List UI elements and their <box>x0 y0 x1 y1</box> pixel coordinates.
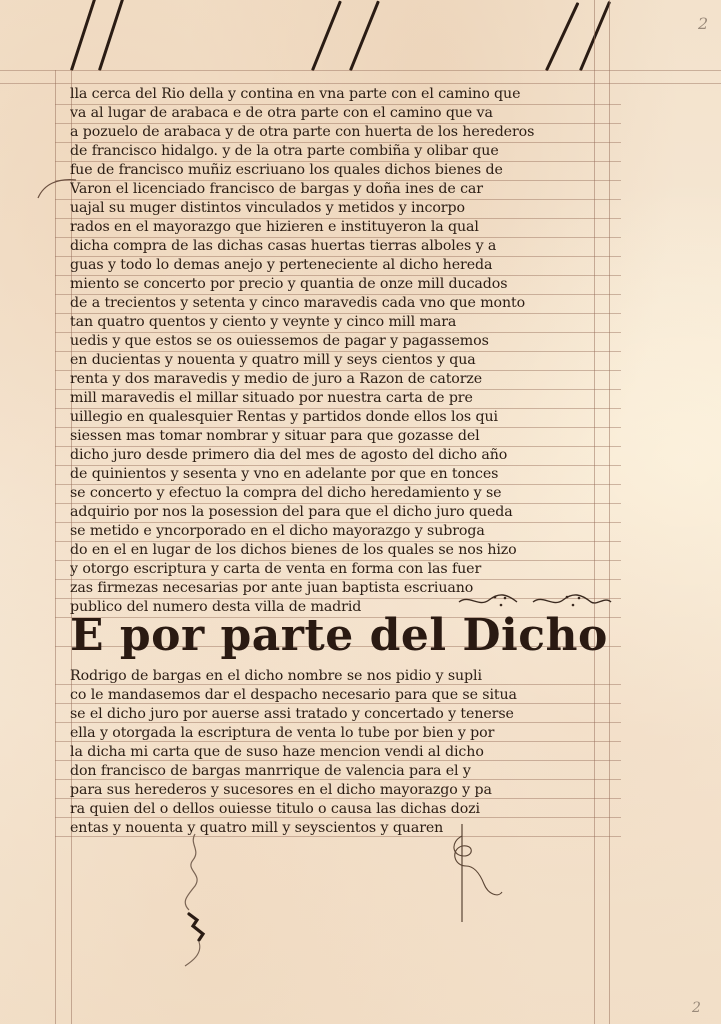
folio-number-bottom: 2 <box>692 1000 701 1016</box>
slash-mark <box>70 0 96 71</box>
section-heading: E por parte del Dicho <box>70 606 620 666</box>
text-line: se metido e yncorporado en el dicho mayo… <box>70 522 620 541</box>
text-line: para sus herederos y sucesores en el dic… <box>70 781 620 800</box>
text-line: mill maravedis el millar situado por nue… <box>70 389 620 408</box>
paragraph-2: Rodrigo de bargas en el dicho nombre se … <box>70 667 620 838</box>
text-line: renta y dos maravedis y medio de juro a … <box>70 370 620 389</box>
ruling-margin-left-outer <box>55 70 56 1024</box>
text-line: rados en el mayorazgo que hizieren e ins… <box>70 218 620 237</box>
text-line: dicha compra de las dichas casas huertas… <box>70 237 620 256</box>
rubric-flourish-right-icon <box>440 822 510 932</box>
text-line: y otorgo escriptura y carta de venta en … <box>70 560 620 579</box>
text-line: de francisco hidalgo. y de la otra parte… <box>70 142 620 161</box>
slash-mark <box>98 0 124 71</box>
rubric-flourish-left-icon <box>175 830 225 970</box>
ruling-line-top-2 <box>0 83 721 84</box>
text-line: Rodrigo de bargas en el dicho nombre se … <box>70 667 620 686</box>
text-line: en ducientas y nouenta y quatro mill y s… <box>70 351 620 370</box>
text-line: don francisco de bargas manrrique de val… <box>70 762 620 781</box>
ruling-line-top <box>0 70 721 71</box>
text-line: co le mandasemos dar el despacho necesar… <box>70 686 620 705</box>
text-line: se concerto y efectuo la compra del dich… <box>70 484 620 503</box>
text-line: uillegio en qualesquier Rentas y partido… <box>70 408 620 427</box>
text-line: siessen mas tomar nombrar y situar para … <box>70 427 620 446</box>
text-line: ra quien del o dellos ouiesse titulo o c… <box>70 800 620 819</box>
text-line: tan quatro quentos y ciento y veynte y c… <box>70 313 620 332</box>
text-line: de quinientos y sesenta y vno en adelant… <box>70 465 620 484</box>
text-line: la dicha mi carta que de suso haze menci… <box>70 743 620 762</box>
text-line: va al lugar de arabaca e de otra parte c… <box>70 104 620 123</box>
folio-number-top: 2 <box>698 14 708 33</box>
text-line: ella y otorgada la escriptura de venta l… <box>70 724 620 743</box>
text-line: guas y todo lo demas anejo y pertenecien… <box>70 256 620 275</box>
slash-mark <box>545 2 579 71</box>
slash-mark <box>579 1 611 71</box>
text-line: miento se concerto por precio y quantia … <box>70 275 620 294</box>
text-line: a pozuelo de arabaca y de otra parte con… <box>70 123 620 142</box>
text-line: de a trecientos y setenta y cinco marave… <box>70 294 620 313</box>
slash-mark <box>349 0 380 71</box>
text-line: Varon el licenciado francisco de bargas … <box>70 180 620 199</box>
text-line: uajal su muger distintos vinculados y me… <box>70 199 620 218</box>
text-line: uedis y que estos se os ouiessemos de pa… <box>70 332 620 351</box>
text-line: do en el en lugar de los dichos bienes d… <box>70 541 620 560</box>
text-line: dicho juro desde primero dia del mes de … <box>70 446 620 465</box>
text-line: se el dicho juro por auerse assi tratado… <box>70 705 620 724</box>
text-line: entas y nouenta y quatro mill y seyscien… <box>70 819 620 838</box>
text-line: lla cerca del Rio della y contina en vna… <box>70 85 620 104</box>
text-line: adquirio por nos la posession del para q… <box>70 503 620 522</box>
manuscript-page: 2 <box>0 0 721 1024</box>
text-line: fue de francisco muñiz escriuano los qua… <box>70 161 620 180</box>
slash-mark <box>311 0 342 71</box>
paragraph-1: lla cerca del Rio della y contina en vna… <box>70 85 620 617</box>
